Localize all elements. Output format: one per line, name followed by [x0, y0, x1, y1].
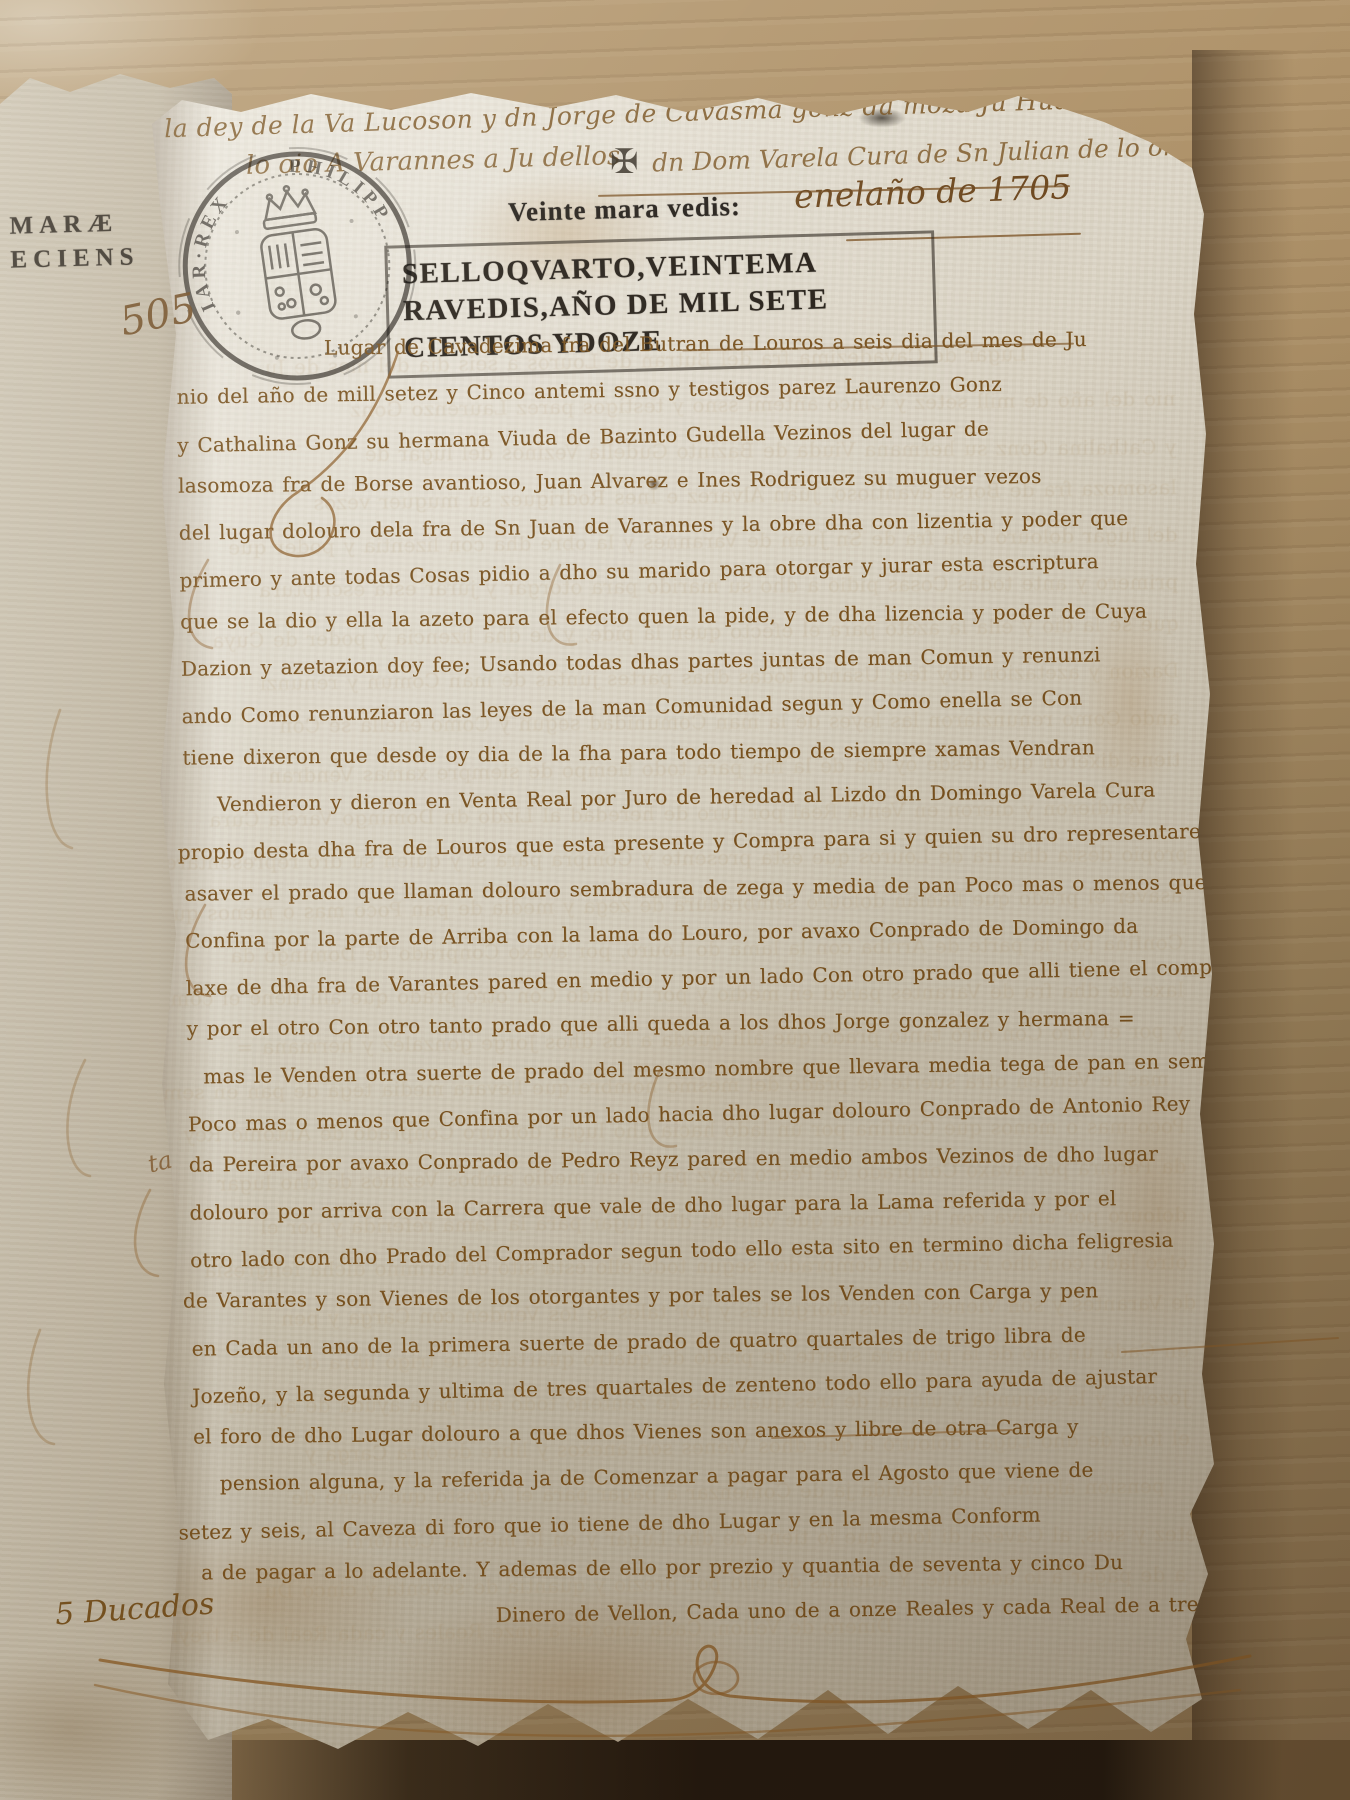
- bottom-shadow: [230, 1740, 1350, 1800]
- cross-icon: ✠: [610, 142, 639, 182]
- tax-stamp-heading: Veinte mara vedis:: [508, 191, 742, 228]
- stamp-fragment-line: ECIENS: [10, 240, 140, 277]
- seal-shield: [260, 228, 340, 343]
- stamp-fragment-line: MARÆ: [9, 206, 139, 243]
- manuscript-body: Lugar de Cavadezima fra del Butran de Lo…: [176, 324, 1177, 1653]
- cardboard-shadow-right: [1192, 50, 1350, 1800]
- photo-scene: MARÆ ECIENS Lugar de Cavadezima fra del …: [0, 0, 1350, 1800]
- manuscript-page: Lugar de Cavadezima fra del Butran de Lo…: [146, 84, 1221, 1784]
- manuscript-line: Lugar de Cavadezima fra del Butran de Lo…: [324, 326, 1156, 381]
- under-page-stamp-fragment: MARÆ ECIENS: [9, 206, 140, 277]
- seal-crown: [259, 183, 316, 229]
